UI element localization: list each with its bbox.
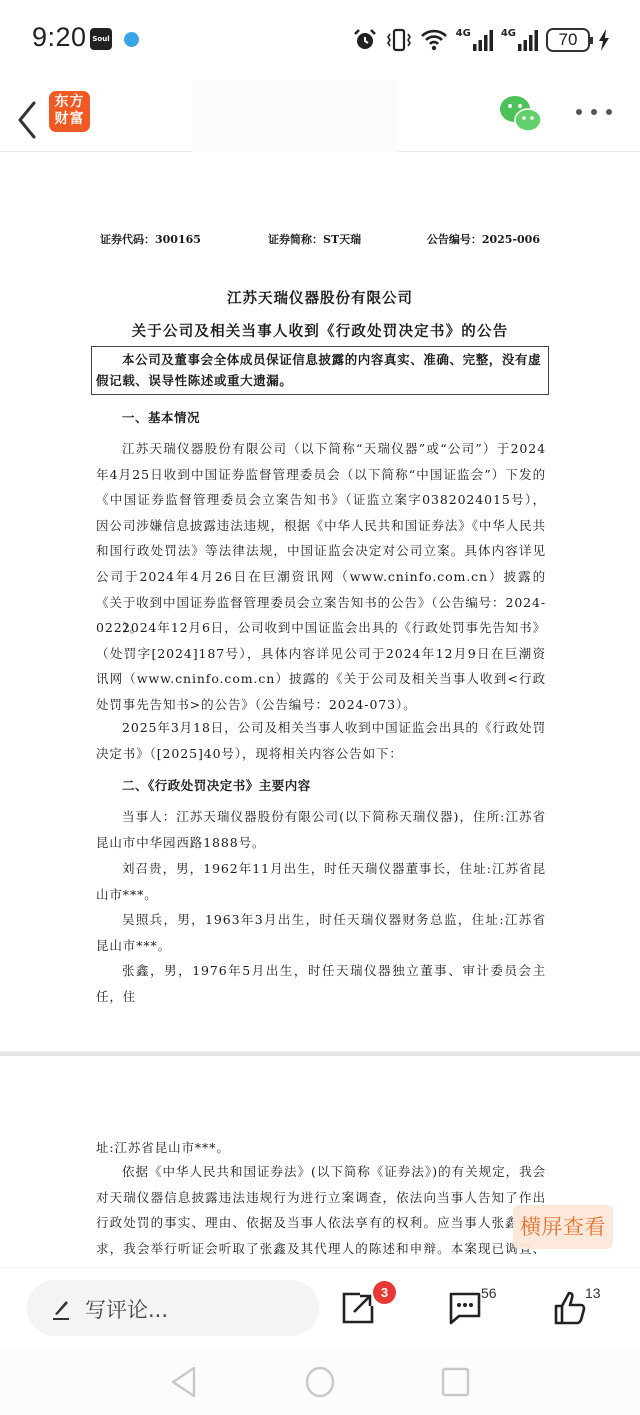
battery-indicator: 70 bbox=[546, 28, 590, 52]
wechat-share-button[interactable] bbox=[499, 94, 543, 134]
signal-4g-icon: 4G bbox=[501, 29, 538, 51]
thumbs-up-icon bbox=[552, 1290, 588, 1326]
home-circle-icon bbox=[303, 1365, 337, 1399]
paragraph: 江苏天瑞仪器股份有限公司（以下简称“天瑞仪器”或“公司”）于2024年4月25日… bbox=[96, 436, 546, 641]
chevron-left-icon bbox=[10, 90, 46, 140]
comment-input[interactable]: 写评论... bbox=[27, 1280, 319, 1336]
signal-4g-icon: 4G bbox=[456, 29, 493, 51]
share-badge: 3 bbox=[373, 1281, 396, 1304]
system-recents-button[interactable] bbox=[438, 1365, 472, 1399]
soul-app-icon: Soul bbox=[90, 28, 112, 50]
alarm-icon bbox=[352, 27, 378, 53]
share-icon bbox=[340, 1290, 376, 1326]
more-options-button[interactable] bbox=[576, 104, 612, 120]
comment-placeholder: 写评论... bbox=[85, 1294, 168, 1324]
bottom-action-bar: 写评论... 3 56 13 bbox=[0, 1267, 640, 1347]
document-meta: 证券代码：300165 证券简称：ST天瑞 公告编号：2025-006 bbox=[100, 231, 540, 251]
title-area bbox=[192, 80, 397, 152]
pencil-icon bbox=[51, 1298, 71, 1320]
paragraph: 2025年3月18日，公司及相关当事人收到中国证监会出具的《行政处罚决定书》（[… bbox=[96, 715, 546, 766]
browser-dot-icon bbox=[124, 32, 139, 47]
status-bar: 9:20 Soul 4G 4G 70 bbox=[0, 0, 640, 80]
status-icons: 4G 4G 70 bbox=[352, 26, 610, 54]
section-heading-basic: 一、基本情况 bbox=[122, 408, 200, 426]
stock-code: 证券代码：300165 bbox=[100, 231, 201, 247]
paragraph: 2024年12月6日，公司收到中国证监会出具的《行政处罚事先告知书》（处罚字[2… bbox=[96, 615, 546, 717]
paragraph: 张鑫，男，1976年5月出生，时任天瑞仪器独立董事、审计委员会主任，住 bbox=[96, 958, 546, 1009]
status-time: 9:20 bbox=[32, 22, 87, 53]
wechat-icon bbox=[499, 94, 543, 134]
more-dots-icon bbox=[576, 109, 582, 115]
page-separator bbox=[0, 1051, 640, 1056]
comment-icon bbox=[447, 1290, 483, 1326]
section-heading-decision: 二、《行政处罚决定书》主要内容 bbox=[122, 776, 311, 794]
document-title: 关于公司及相关当事人收到《行政处罚决定书》的公告 bbox=[0, 320, 640, 341]
stock-short-name: 证券简称：ST天瑞 bbox=[268, 231, 361, 247]
vibrate-icon bbox=[386, 27, 412, 53]
recents-square-icon bbox=[438, 1365, 472, 1399]
landscape-view-button[interactable]: 横屏查看 bbox=[513, 1205, 613, 1249]
paragraph: 当事人：江苏天瑞仪器股份有限公司(以下简称天瑞仪器)，住所:江苏省昆山市中华园西… bbox=[96, 804, 546, 855]
eastmoney-logo: 东方 财富 bbox=[49, 91, 90, 132]
charging-bolt-icon bbox=[598, 29, 610, 51]
nav-header: 东方 财富 bbox=[0, 80, 640, 152]
system-navigation-bar bbox=[0, 1347, 640, 1415]
paragraph: 址:江苏省昆山市***。 bbox=[96, 1135, 546, 1161]
paragraph: 刘召贵，男，1962年11月出生，时任天瑞仪器董事长，住址:江苏省昆山市***。 bbox=[96, 856, 546, 907]
paragraph: 吴照兵，男，1963年3月出生，时任天瑞仪器财务总监，住址:江苏省昆山市***。 bbox=[96, 907, 546, 958]
announcement-number: 公告编号：2025-006 bbox=[427, 231, 540, 247]
system-home-button[interactable] bbox=[303, 1365, 337, 1399]
company-name: 江苏天瑞仪器股份有限公司 bbox=[0, 287, 640, 308]
wifi-icon bbox=[420, 28, 448, 52]
back-triangle-icon bbox=[167, 1365, 201, 1399]
comment-count: 56 bbox=[481, 1285, 497, 1301]
back-button[interactable] bbox=[10, 90, 46, 140]
disclaimer-box: 本公司及董事会全体成员保证信息披露的内容真实、准确、完整，没有虚假记载、误导性陈… bbox=[91, 346, 549, 395]
system-back-button[interactable] bbox=[167, 1365, 201, 1399]
like-count: 13 bbox=[585, 1285, 601, 1301]
